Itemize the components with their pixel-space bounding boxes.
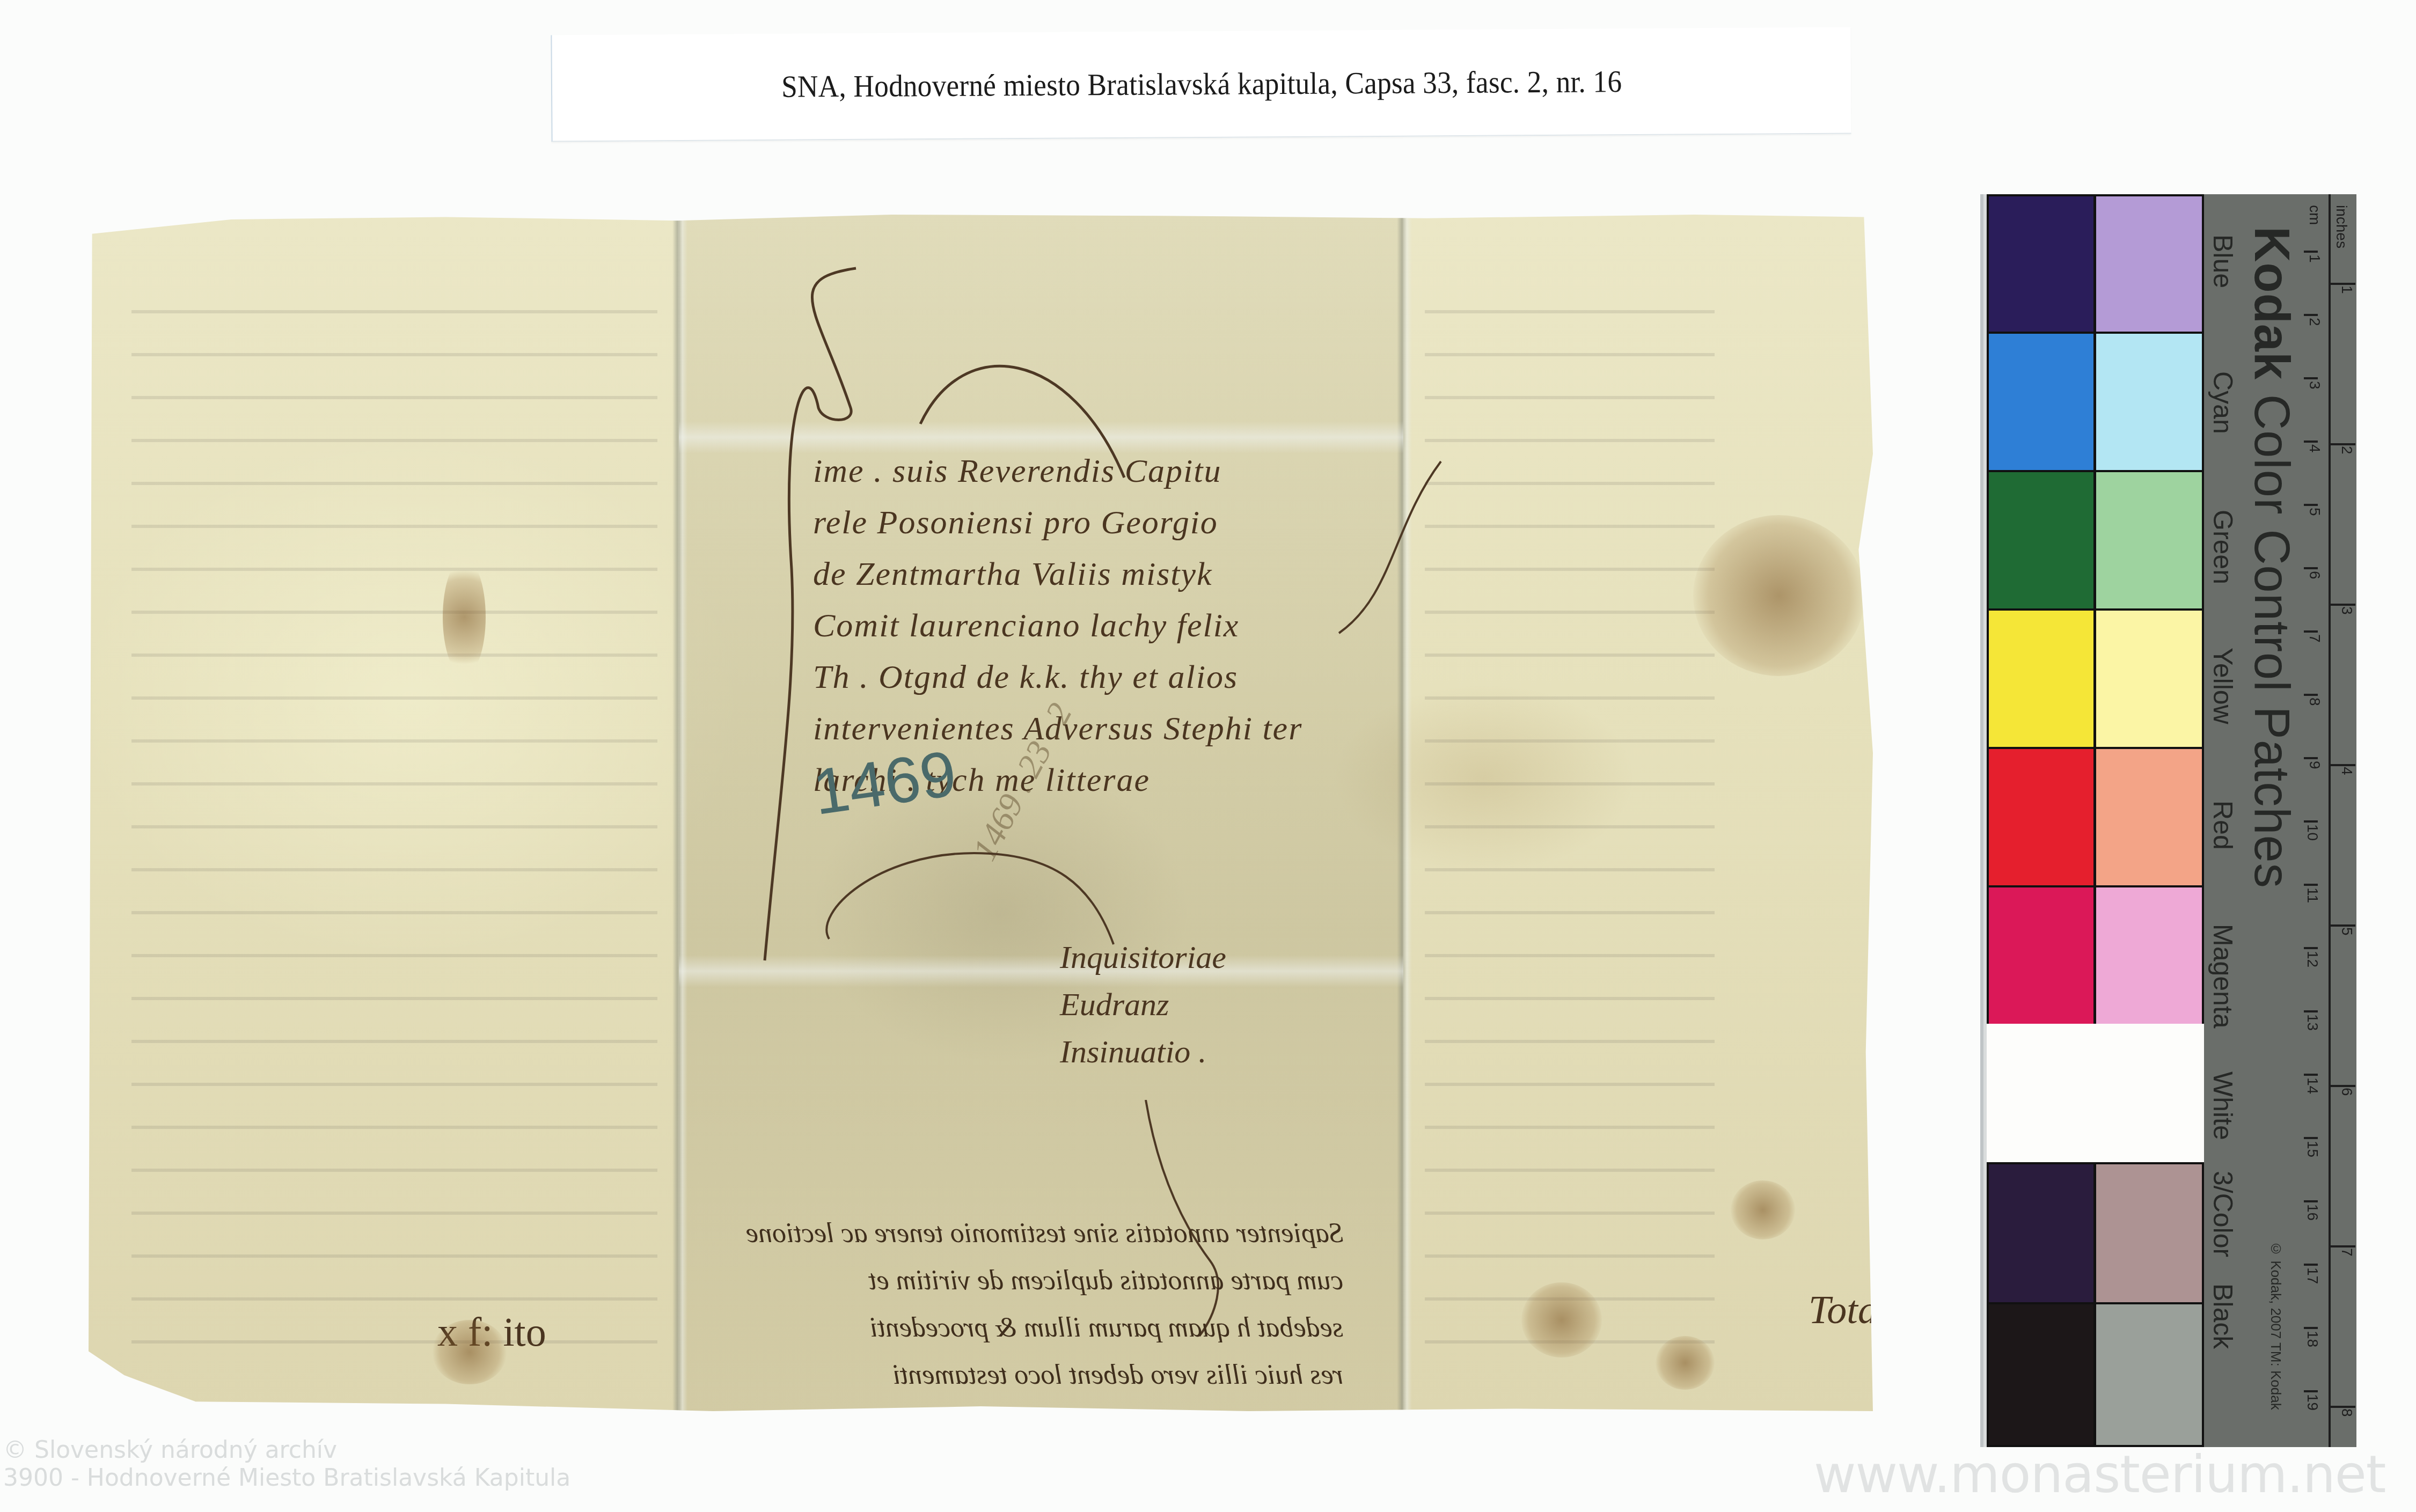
kodak-copyright: © Kodak, 2007 TM: Kodak: [2267, 1241, 2284, 1410]
parchment-document: ime . suis Reverendis Capitu rele Posoni…: [89, 215, 1873, 1411]
faint-bleedthrough-text: [1425, 279, 1715, 1368]
stain: [443, 558, 486, 676]
monasterium-watermark: www.monasterium.net: [1814, 1444, 2385, 1504]
ruler-axis: [2329, 194, 2331, 1447]
signature-block: Inquisitoriae Eudranz Insinuatio .: [1060, 934, 1226, 1075]
patch-cyan-dark: [1987, 332, 2096, 472]
patch-3color-dark: [1987, 1162, 2096, 1304]
patch-label-blue: Blue: [2207, 234, 2238, 288]
left-panel: [89, 215, 679, 1411]
patch-magenta-dark: [1987, 885, 2096, 1026]
patch-blue-light: [2094, 194, 2204, 334]
kodak-color-control-strip: Kodak Color Control Patches Blue Cyan Gr…: [1980, 194, 2356, 1447]
patch-label-green: Green: [2207, 510, 2238, 584]
stain: [1731, 1180, 1795, 1239]
patch-green-light: [2094, 470, 2204, 611]
patch-yellow-light: [2094, 608, 2204, 749]
fold-line: [672, 215, 687, 1411]
patch-green-dark: [1987, 470, 2096, 611]
color-patches: [1987, 194, 2204, 1447]
stain: [432, 1320, 507, 1384]
stain: [1521, 1282, 1602, 1357]
right-margin-note: Tota: [1809, 1288, 1878, 1333]
mirrored-offset-text: Sapienter annotatis sine testimonio tene…: [746, 1210, 1343, 1399]
patch-label-black: Black: [2207, 1283, 2238, 1349]
water-stain: [1693, 515, 1865, 676]
patch-label-yellow: Yellow: [2207, 648, 2238, 724]
patch-cyan-light: [2094, 332, 2204, 472]
archive-copyright-watermark: © Slovenský národný archív 3900 - Hodnov…: [3, 1436, 570, 1492]
patch-white: [1987, 1024, 2204, 1164]
patch-black-light: [2094, 1302, 2204, 1447]
faint-bleedthrough-text: [131, 279, 657, 1368]
patch-blue-dark: [1987, 194, 2096, 334]
patch-label-3color: 3/Color: [2207, 1171, 2238, 1257]
patch-red-light: [2094, 747, 2204, 887]
archival-label: SNA, Hodnoverné miesto Bratislavská kapi…: [551, 27, 1851, 142]
unit-cm: cm: [2306, 205, 2323, 225]
ruler: Kodak Color Control Patches Blue Cyan Gr…: [2204, 194, 2356, 1447]
patch-label-red: Red: [2207, 801, 2238, 850]
right-panel: [1403, 215, 1873, 1411]
patch-label-white: White: [2207, 1071, 2238, 1140]
patch-yellow-dark: [1987, 608, 2096, 749]
unit-inches: inches: [2333, 205, 2350, 248]
patch-3color-light: [2094, 1162, 2204, 1304]
patch-magenta-light: [2094, 885, 2204, 1026]
archival-reference: SNA, Hodnoverné miesto Bratislavská kapi…: [781, 63, 1622, 105]
stain: [1656, 1336, 1715, 1390]
patch-label-magenta: Magenta: [2207, 924, 2238, 1029]
kodak-brand-title: Kodak Color Control Patches: [2247, 226, 2296, 889]
patch-black-dark: [1987, 1302, 2096, 1447]
patch-red-dark: [1987, 747, 2096, 887]
patch-label-cyan: Cyan: [2207, 371, 2238, 434]
